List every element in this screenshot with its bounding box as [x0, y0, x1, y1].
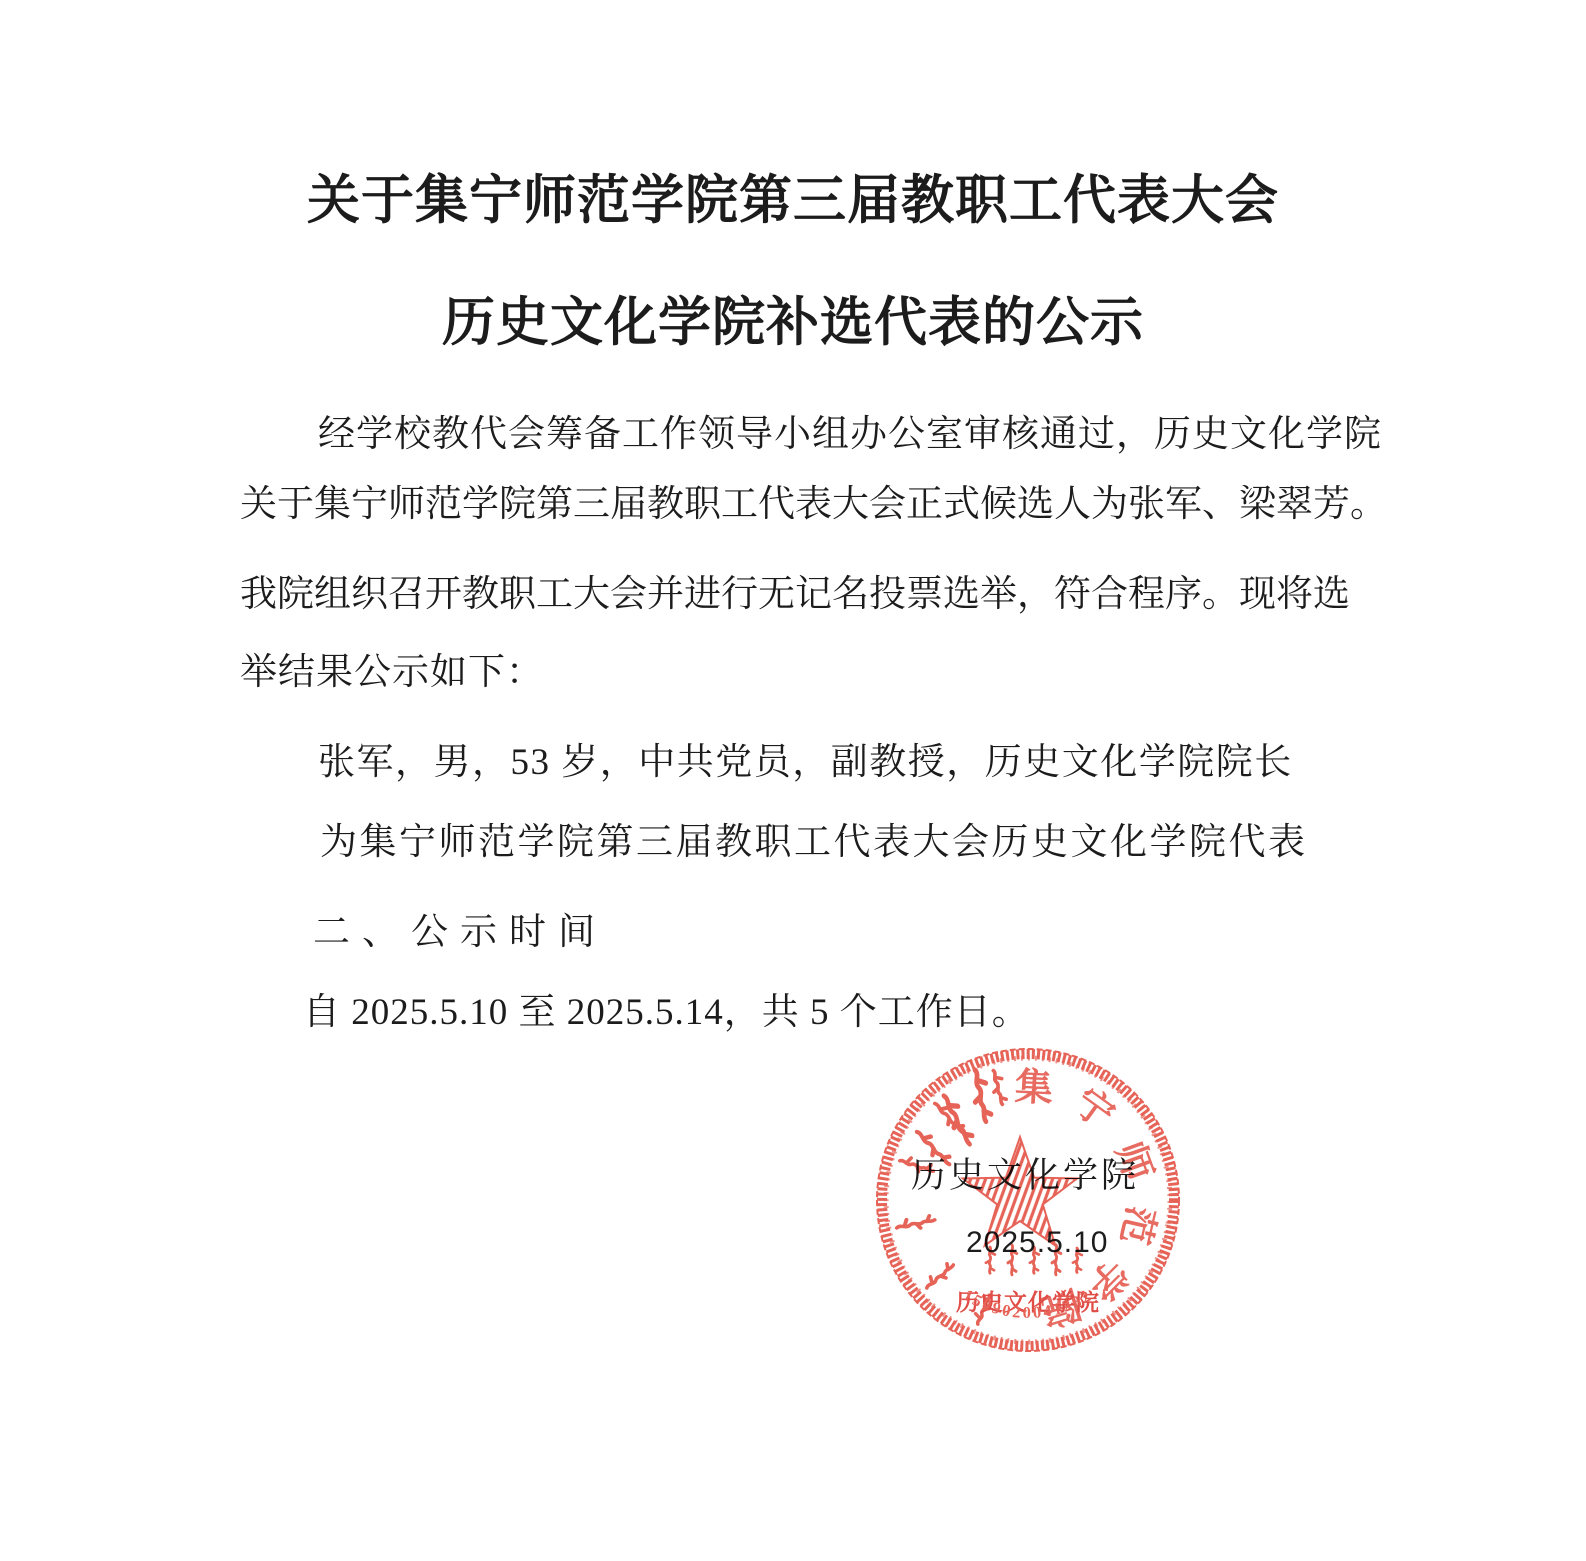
svg-text:宁: 宁	[1066, 1081, 1121, 1137]
body-line: 自 2025.5.10 至 2025.5.14，共 5 个工作日。	[303, 990, 1030, 1036]
body-line: 二、公示时间	[313, 910, 607, 956]
official-red-seal: 集 宁 师 范 学 院	[872, 1044, 1184, 1356]
document-title-line1: 关于集宁师范学院第三届教职工代表大会	[0, 158, 1586, 234]
body-line: 张军，男，53 岁，中共党员，副教授，历史文化学院院长	[318, 740, 1293, 786]
seal-star	[963, 1137, 1077, 1246]
svg-text:集: 集	[1014, 1066, 1054, 1110]
document-title-line2: 历史文化学院补选代表的公示	[0, 280, 1586, 356]
body-line: 关于集宁师范学院第三届教职工代表大会正式候选人为张军、梁翠芳。	[240, 482, 1387, 528]
body-line: 经学校教代会筹备工作领导小组办公室审核通过，历史文化学院	[318, 412, 1382, 458]
body-line: 举结果公示如下：	[240, 650, 544, 696]
announcement-document: 关于集宁师范学院第三届教职工代表大会 历史文化学院补选代表的公示 经学校教代会筹…	[0, 0, 1586, 1561]
svg-text:范: 范	[1112, 1202, 1161, 1248]
body-line: 我院组织召开教职工大会并进行无记名投票选举，符合程序。现将选	[240, 572, 1350, 618]
svg-text:师: 师	[1107, 1137, 1159, 1187]
body-line: 为集宁师范学院第三届教职工代表大会历史文化学院代表	[320, 820, 1308, 866]
seal-inner-mongolian-row	[986, 1245, 1082, 1275]
